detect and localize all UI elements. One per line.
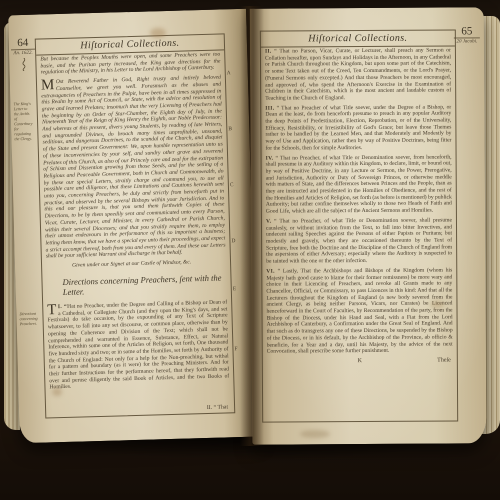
page-number-right: 65 <box>454 25 480 38</box>
direction-1-paragraph: I. “THat no Preacher, under the Degree a… <box>47 299 229 391</box>
direction-4-numeral: IV. <box>266 155 274 161</box>
directions-heading: Directions concerning Preachers, ſent wi… <box>62 272 227 298</box>
direction-6-numeral: VI. <box>266 268 275 274</box>
running-header-right: Hiſtorical Collections. <box>261 30 455 47</box>
direction-1-text: Hat no Preacher, under the Degree and Ca… <box>48 299 230 390</box>
year-note-right: 20 Jacobi. <box>454 38 480 45</box>
direction-5-paragraph: V. “ That no Preacher, of what Title or … <box>266 217 452 265</box>
margin-letter: A <box>227 70 231 76</box>
signet-line: Given under our Signet at our Castle of … <box>46 259 226 271</box>
margin-note-directions: Directions concerning Preachers. <box>19 311 38 327</box>
year-note-left: An. 1622. <box>11 50 35 58</box>
drop-cap-m: M <box>41 79 56 92</box>
right-page-body: II. “ That no Parson, Vicar, Curate, or … <box>265 47 453 418</box>
margin-letter: E <box>233 286 237 292</box>
margin-letter: F <box>234 346 237 352</box>
kings-letter-paragraph: MOst Reverend Father in God, Right trust… <box>41 75 226 261</box>
right-text-block: Hiſtorical Collections. II. “ That no Pa… <box>260 29 458 422</box>
kings-letter-text: Ost Reverend Father in God, Right trusty… <box>41 75 225 260</box>
flourish-icon <box>19 58 28 71</box>
drop-cap-t: T <box>47 304 58 317</box>
page-number-left: 64 <box>11 37 35 51</box>
direction-4-text: “ That no Preacher, of what Title or Den… <box>266 154 452 215</box>
signature-row: K Theſe <box>267 357 453 366</box>
left-page-corner: 64 An. 1622. <box>11 37 36 72</box>
left-text-block: Hiſtorical Collections. A B C D E F But … <box>35 33 236 418</box>
catchword-right: Theſe <box>437 357 451 364</box>
direction-3-paragraph: III. “ That no Preacher of what Title so… <box>265 104 451 152</box>
margin-letter: C <box>230 182 234 188</box>
signature-mark: K <box>267 357 453 365</box>
direction-5-text: “ That no Preacher, of what Title or Den… <box>266 217 452 264</box>
right-page-corner: 65 20 Jacobi. <box>454 25 480 45</box>
direction-6-paragraph: VI. “ Lastly, That the Archbishops and B… <box>266 267 453 355</box>
direction-2-text: “ That no Parson, Vicar, Curate, or Lect… <box>265 47 451 101</box>
catchword-left: II. “ That <box>207 404 228 411</box>
direction-3-text: “ That no Preacher of what Title soever,… <box>265 104 451 151</box>
direction-4-paragraph: IV. “ That no Preacher, of what Title or… <box>266 154 452 215</box>
direction-2-numeral: II. <box>265 49 272 55</box>
intro-paragraph: But because the Peoples Mouths were open… <box>40 51 220 76</box>
direction-1-numeral: I. “ <box>58 304 67 310</box>
margin-note-kings-letter: The King's Letter to the Archb. of Cante… <box>13 101 33 142</box>
margin-letter: D <box>231 238 235 244</box>
right-page: 65 20 Jacobi. Hiſtorical Collections. II… <box>250 7 487 444</box>
direction-3-numeral: III. <box>265 105 274 111</box>
direction-5-numeral: V. <box>266 218 271 224</box>
left-page-body: But because the Peoples Mouths were open… <box>40 51 230 414</box>
direction-6-text: “ Lastly, That the Archbishops and Bisho… <box>266 267 452 355</box>
direction-2-paragraph: II. “ That no Parson, Vicar, Curate, or … <box>265 47 451 102</box>
margin-letter: B <box>228 126 232 132</box>
left-page: 64 An. 1622. The King's Letter to the Ar… <box>8 9 258 443</box>
